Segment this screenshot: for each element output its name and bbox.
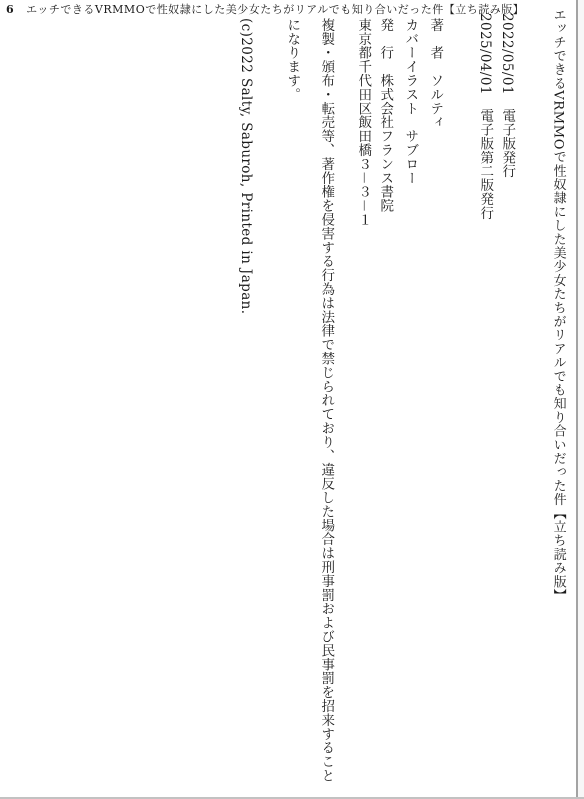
edition-line-second: 2025/04/01 電子版第二版発行 — [477, 13, 493, 220]
copyright-notice: (c)2022 Salty, Saburoh, Printed in Japan… — [238, 18, 254, 314]
edition-line-first: 2022/05/01 電子版発行 — [499, 13, 515, 178]
page-right-edge-line — [576, 0, 578, 799]
credit-cover-illustration: カバーイラスト サブロー — [402, 18, 418, 185]
publisher-address: 東京都千代田区飯田橋３－３－１ — [355, 18, 371, 227]
colophon-page: 6 エッチできるVRMMOで性奴隷にした美少女たちがリアルでも知り合いだった件【… — [0, 0, 584, 799]
page-header: 6 エッチできるVRMMOで性奴隷にした美少女たちがリアルでも知り合いだった件【… — [6, 3, 544, 17]
credit-publisher: 発 行 株式会社フランス書院 — [377, 18, 393, 213]
credit-author: 著 者 ソルティ — [427, 18, 443, 129]
running-title: エッチできるVRMMOで性奴隷にした美少女たちがリアルでも知り合いだった件【立ち… — [26, 3, 524, 17]
page-right-margin — [578, 0, 584, 799]
legal-warning-line1: 複製・頒布・転売等、著作権を侵害する行為は法律で禁じられており、違反した場合は刑… — [318, 18, 334, 783]
book-title: エッチできるVRMMOで性奴隷にした美少女たちがリアルでも知り合いだった件【立ち… — [550, 8, 566, 602]
legal-warning-line2: になります。 — [284, 18, 300, 101]
page-number: 6 — [6, 3, 14, 17]
